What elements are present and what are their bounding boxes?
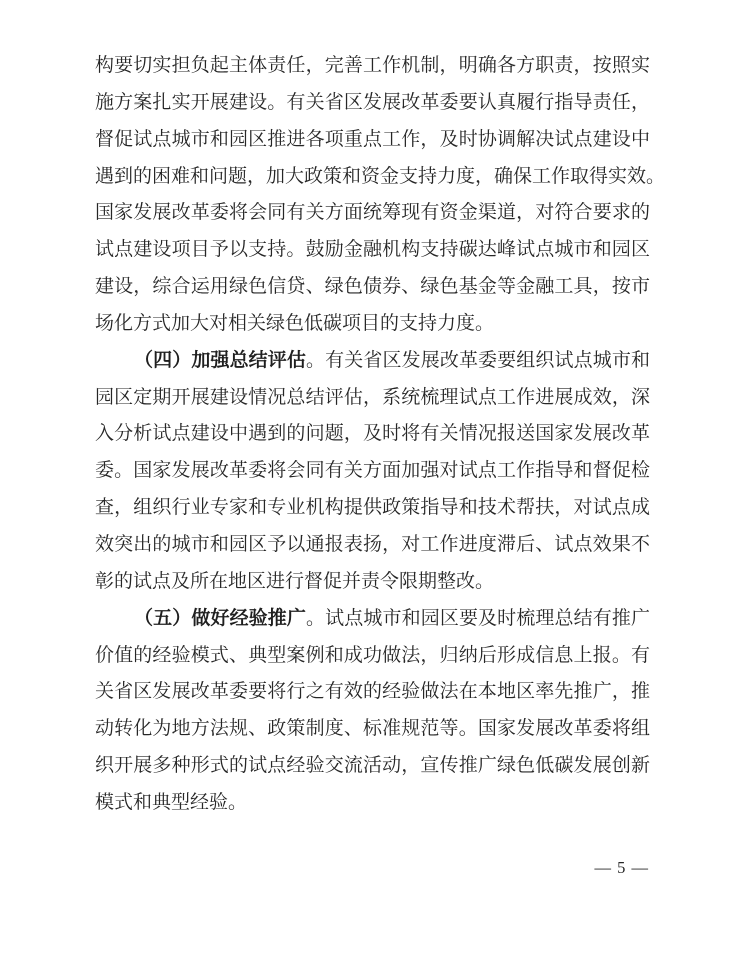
text-line: 场化方式加大对相关绿色低碳项目的支持力度。 — [95, 306, 650, 343]
text-line: 织开展多种形式的试点经验交流活动，宣传推广绿色低碳发展创新 — [95, 748, 650, 785]
text-line: 督促试点城市和园区推进各项重点工作，及时协调解决试点建设中 — [95, 122, 650, 159]
text-line: 查，组织行业专家和专业机构提供政策指导和技术帮扶，对试点成 — [95, 490, 650, 527]
text-line: 委。国家发展改革委将会同有关方面加强对试点工作指导和督促检 — [95, 453, 650, 490]
text-line: 价值的经验模式、典型案例和成功做法，归纳后形成信息上报。有 — [95, 638, 650, 675]
text-line: 效突出的城市和园区予以通报表扬，对工作进度滞后、试点效果不 — [95, 527, 650, 564]
text-line: 试点建设项目予以支持。鼓励金融机构支持碳达峰试点城市和园区 — [95, 232, 650, 269]
text-line: 国家发展改革委将会同有关方面统筹现有资金渠道，对符合要求的 — [95, 195, 650, 232]
paragraph-heading: （五）做好经验推广 — [134, 608, 306, 629]
text-line: 彰的试点及所在地区进行督促并责令限期整改。 — [95, 564, 650, 601]
page-number: — 5 — — [595, 856, 650, 880]
document-page: 构要切实担负起主体责任，完善工作机制，明确各方职责，按照实施方案扎实开展建设。有… — [0, 0, 737, 968]
text-line: 构要切实担负起主体责任，完善工作机制，明确各方职责，按照实 — [95, 48, 650, 85]
text-line: 园区定期开展建设情况总结评估，系统梳理试点工作进展成效，深 — [95, 380, 650, 417]
text-line: （五）做好经验推广。试点城市和园区要及时梳理总结有推广 — [95, 601, 650, 638]
document-body: 构要切实担负起主体责任，完善工作机制，明确各方职责，按照实施方案扎实开展建设。有… — [95, 48, 650, 822]
text-line: 入分析试点建设中遇到的问题，及时将有关情况报送国家发展改革 — [95, 416, 650, 453]
text-line: （四）加强总结评估。有关省区发展改革委要组织试点城市和 — [95, 343, 650, 380]
text-line: 建设，综合运用绿色信贷、绿色债券、绿色基金等金融工具，按市 — [95, 269, 650, 306]
text-line: 模式和典型经验。 — [95, 785, 650, 822]
paragraph-heading: （四）加强总结评估 — [134, 350, 306, 371]
text-line: 施方案扎实开展建设。有关省区发展改革委要认真履行指导责任， — [95, 85, 650, 122]
text-line: 动转化为地方法规、政策制度、标准规范等。国家发展改革委将组 — [95, 711, 650, 748]
text-line: 遇到的困难和问题，加大政策和资金支持力度，确保工作取得实效。 — [95, 159, 650, 196]
text-line: 关省区发展改革委要将行之有效的经验做法在本地区率先推广，推 — [95, 674, 650, 711]
